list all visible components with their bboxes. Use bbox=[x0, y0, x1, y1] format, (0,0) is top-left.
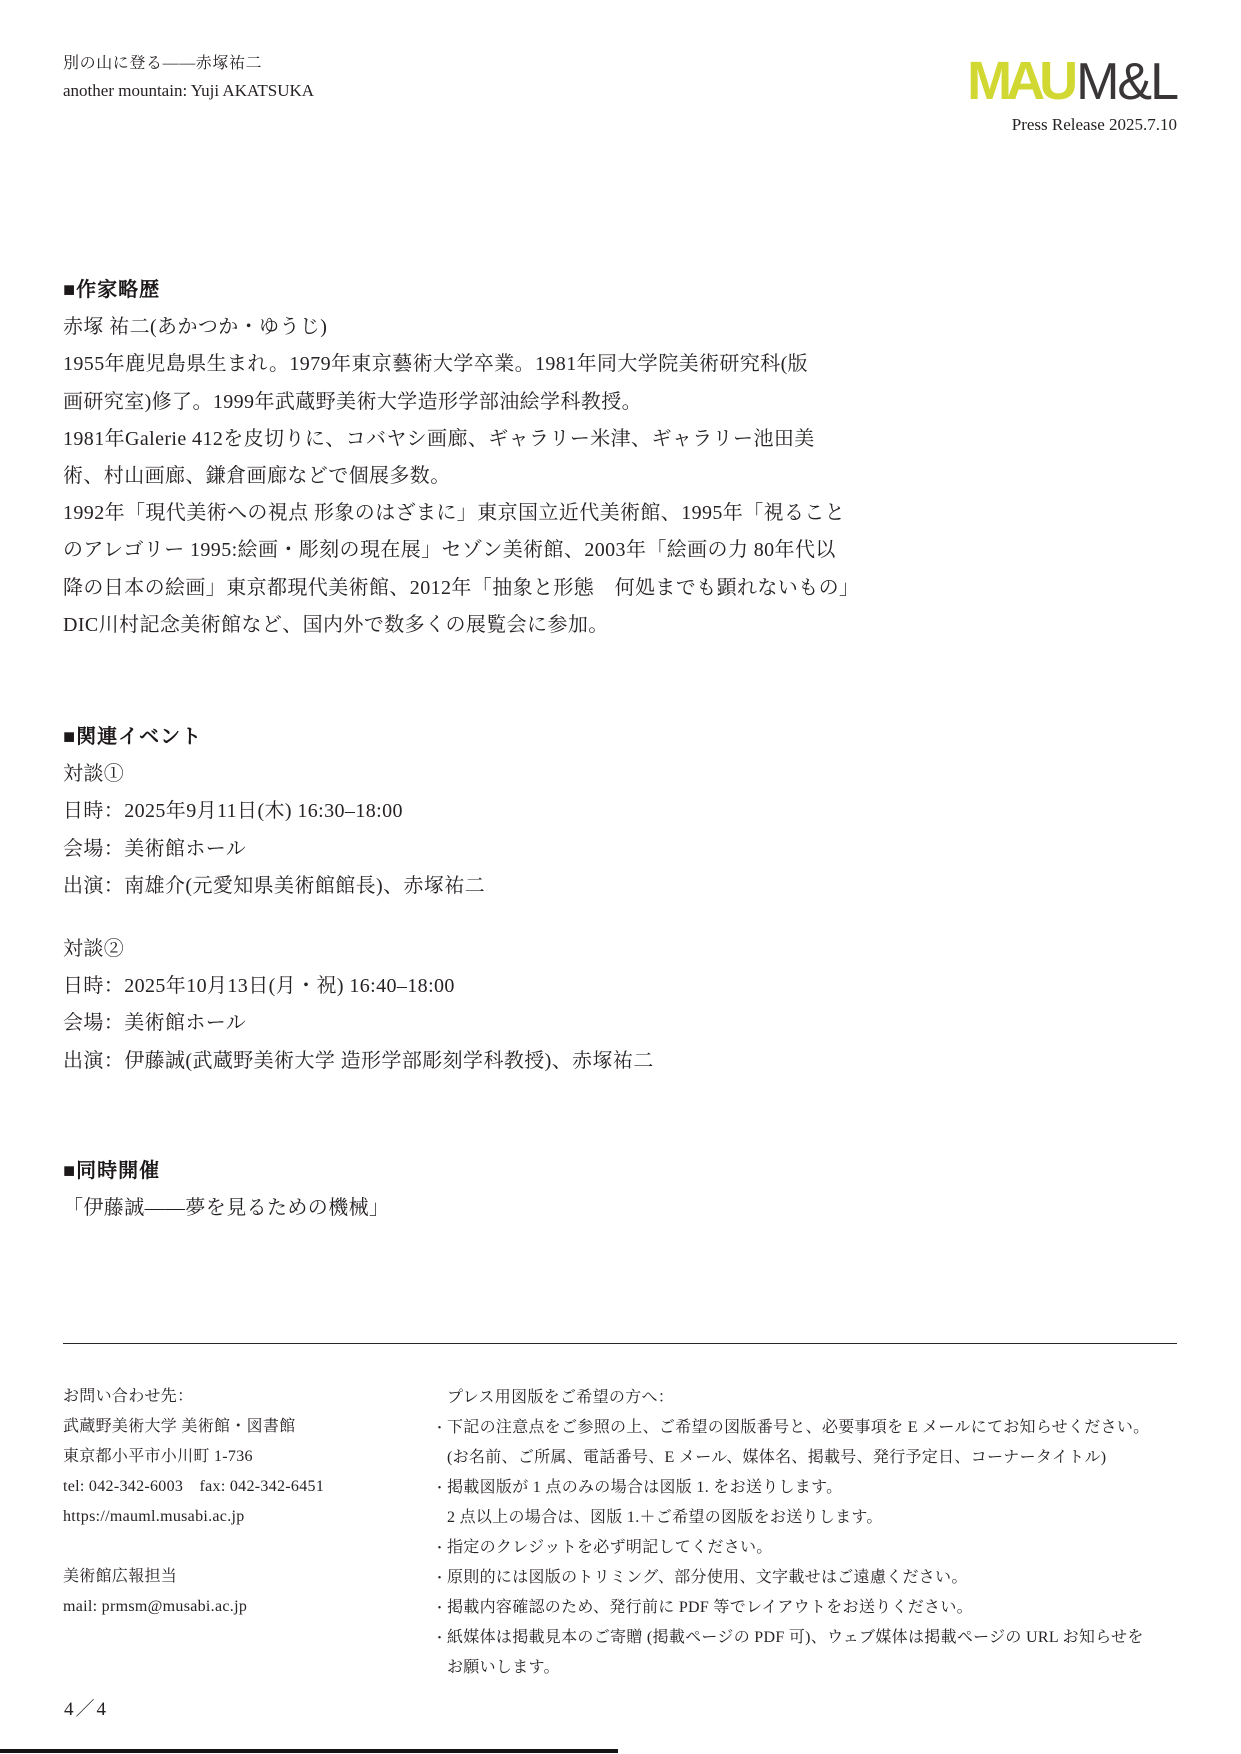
bio-line: 術、村山画廊、鎌倉画廊などで個展多数。 bbox=[63, 458, 859, 495]
press-intro: プレス用図版をご希望の方へ： bbox=[433, 1383, 1149, 1413]
contact-block: お問い合わせ先： 武蔵野美術大学 美術館・図書館 東京都小平市小川町 1-736… bbox=[63, 1382, 324, 1622]
bullet-dot: ・ bbox=[433, 1473, 447, 1503]
press-image-info-block: プレス用図版をご希望の方へ： ・ 下記の注意点をご参照の上、ご希望の図版番号と、… bbox=[433, 1383, 1149, 1683]
talk1-venue: 会場：美術館ホール bbox=[63, 831, 485, 868]
press-note-text: 指定のクレジットを必ず明記してください。 bbox=[447, 1533, 773, 1563]
press-note-text: 紙媒体は掲載見本のご寄贈 (掲載ページの PDF 可)、ウェブ媒体は掲載ページの… bbox=[447, 1623, 1144, 1653]
contact-address: 東京都小平市小川町 1-736 bbox=[63, 1442, 324, 1472]
bio-line: のアレゴリー 1995:絵画・彫刻の現在展」セゾン美術館、2003年「絵画の力 … bbox=[63, 532, 859, 569]
concurrent-heading: ■同時開催 bbox=[63, 1153, 389, 1190]
footer-divider bbox=[63, 1343, 1177, 1344]
press-note-line: ・ 紙媒体は掲載見本のご寄贈 (掲載ページの PDF 可)、ウェブ媒体は掲載ペー… bbox=[433, 1623, 1149, 1653]
page-bottom-edge-line bbox=[0, 1749, 618, 1753]
contact-url: https://mauml.musabi.ac.jp bbox=[63, 1502, 324, 1532]
press-note-line: ・ 掲載図版が 1 点のみの場合は図版 1. をお送りします。 bbox=[433, 1473, 1149, 1503]
bullet-dot: ・ bbox=[433, 1593, 447, 1623]
press-note-text: 2 点以上の場合は、図版 1.＋ご希望の図版をお送りします。 bbox=[447, 1503, 883, 1533]
mau-ml-logo: MAU M&L Press Release 2025.7.10 bbox=[967, 56, 1177, 135]
talk2-datetime: 日時：2025年10月13日(月・祝) 16:40–18:00 bbox=[63, 968, 654, 1005]
bio-line: 1981年Galerie 412を皮切りに、コバヤシ画廊、ギャラリー米津、ギャラ… bbox=[63, 421, 859, 458]
talk2-label: 対談② bbox=[63, 931, 654, 968]
contact-organization: 武蔵野美術大学 美術館・図書館 bbox=[63, 1412, 324, 1442]
related-events-section: ■関連イベント 対談① 日時：2025年9月11日(木) 16:30–18:00… bbox=[63, 719, 485, 905]
biography-heading: ■作家略歴 bbox=[63, 272, 859, 309]
bio-line: DIC川村記念美術館など、国内外で数多くの展覧会に参加。 bbox=[63, 607, 859, 644]
bullet-dot: ・ bbox=[433, 1623, 447, 1653]
bullet-dot bbox=[433, 1443, 447, 1473]
press-note-line: ・ 指定のクレジットを必ず明記してください。 bbox=[433, 1533, 1149, 1563]
bullet-dot: ・ bbox=[433, 1413, 447, 1443]
talk1-cast: 出演：南雄介(元愛知県美術館館長)、赤塚祐二 bbox=[63, 868, 485, 905]
contact-label: お問い合わせ先： bbox=[63, 1382, 324, 1412]
press-note-text: 下記の注意点をご参照の上、ご希望の図版番号と、必要事項を E メールにてお知らせ… bbox=[447, 1413, 1149, 1443]
press-note-line: お願いします。 bbox=[433, 1653, 1149, 1683]
press-note-line: ・ 原則的には図版のトリミング、部分使用、文字載せはご遠慮ください。 bbox=[433, 1563, 1149, 1593]
press-note-line: (お名前、ご所属、電話番号、E メール、媒体名、掲載号、発行予定日、コーナータイ… bbox=[433, 1443, 1149, 1473]
concurrent-title: 「伊藤誠——夢を見るための機械」 bbox=[63, 1190, 389, 1227]
contact-mail: mail: prmsm@musabi.ac.jp bbox=[63, 1592, 324, 1622]
exhibition-title-jp: 別の山に登る——赤塚祐二 bbox=[63, 50, 314, 77]
document-header: 別の山に登る——赤塚祐二 another mountain: Yuji AKAT… bbox=[63, 50, 314, 104]
related-events-talk2: 対談② 日時：2025年10月13日(月・祝) 16:40–18:00 会場：美… bbox=[63, 931, 654, 1080]
talk2-cast: 出演：伊藤誠(武蔵野美術大学 造形学部彫刻学科教授)、赤塚祐二 bbox=[63, 1043, 654, 1080]
spacer bbox=[63, 1532, 324, 1562]
bio-line: 画研究室)修了。1999年武蔵野美術大学造形学部油絵学科教授。 bbox=[63, 384, 859, 421]
logo-row: MAU M&L bbox=[967, 56, 1177, 107]
press-note-line: ・ 掲載内容確認のため、発行前に PDF 等でレイアウトをお送りください。 bbox=[433, 1593, 1149, 1623]
press-note-text: (お名前、ご所属、電話番号、E メール、媒体名、掲載号、発行予定日、コーナータイ… bbox=[447, 1443, 1106, 1473]
concurrent-section: ■同時開催 「伊藤誠——夢を見るための機械」 bbox=[63, 1153, 389, 1227]
bullet-dot bbox=[433, 1503, 447, 1533]
related-events-heading: ■関連イベント bbox=[63, 719, 485, 756]
talk1-label: 対談① bbox=[63, 756, 485, 793]
press-release-date: Press Release 2025.7.10 bbox=[967, 115, 1177, 135]
talk2-venue: 会場：美術館ホール bbox=[63, 1005, 654, 1042]
press-note-text: お願いします。 bbox=[447, 1653, 560, 1683]
press-note-line: ・ 下記の注意点をご参照の上、ご希望の図版番号と、必要事項を E メールにてお知… bbox=[433, 1413, 1149, 1443]
bio-line: 降の日本の絵画」東京都現代美術館、2012年「抽象と形態 何処までも顕れないもの… bbox=[63, 570, 859, 607]
press-note-text: 原則的には図版のトリミング、部分使用、文字載せはご遠慮ください。 bbox=[447, 1563, 968, 1593]
artist-name: 赤塚 祐二(あかつか・ゆうじ) bbox=[63, 309, 859, 346]
mau-logo-mark: MAU bbox=[967, 56, 1072, 106]
bullet-dot bbox=[433, 1653, 447, 1683]
press-release-page: 別の山に登る——赤塚祐二 another mountain: Yuji AKAT… bbox=[0, 0, 1241, 1754]
ml-logo-mark: M&L bbox=[1076, 57, 1177, 107]
press-note-line: 2 点以上の場合は、図版 1.＋ご希望の図版をお送りします。 bbox=[433, 1503, 1149, 1533]
exhibition-title-en: another mountain: Yuji AKATSUKA bbox=[63, 77, 314, 104]
contact-tel-fax: tel: 042-342-6003 fax: 042-342-6451 bbox=[63, 1472, 324, 1502]
contact-pr-dept: 美術館広報担当 bbox=[63, 1562, 324, 1592]
press-note-text: 掲載内容確認のため、発行前に PDF 等でレイアウトをお送りください。 bbox=[447, 1593, 973, 1623]
press-note-text: 掲載図版が 1 点のみの場合は図版 1. をお送りします。 bbox=[447, 1473, 842, 1503]
bullet-dot: ・ bbox=[433, 1533, 447, 1563]
biography-section: ■作家略歴 赤塚 祐二(あかつか・ゆうじ) 1955年鹿児島県生まれ。1979年… bbox=[63, 272, 859, 644]
bullet-dot: ・ bbox=[433, 1563, 447, 1593]
talk1-datetime: 日時：2025年9月11日(木) 16:30–18:00 bbox=[63, 793, 485, 830]
page-number: 4／4 bbox=[64, 1694, 108, 1721]
bio-line: 1955年鹿児島県生まれ。1979年東京藝術大学卒業。1981年同大学院美術研究… bbox=[63, 346, 859, 383]
bio-line: 1992年「現代美術への視点 形象のはざまに」東京国立近代美術館、1995年「視… bbox=[63, 495, 859, 532]
